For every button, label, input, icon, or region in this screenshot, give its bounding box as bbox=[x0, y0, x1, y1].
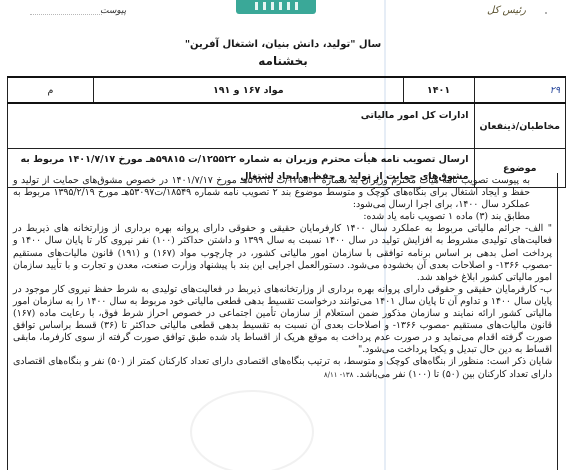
body-intro: به پیوست تصویب نامه هیأت محترم وزیران به… bbox=[13, 175, 552, 211]
addressee-label: مخاطبان/ذینفعان bbox=[474, 103, 565, 149]
watermark-seal-icon bbox=[190, 390, 314, 470]
meta-row-addressee: مخاطبان/ذینفعان ادارات کل امور مالیاتی bbox=[8, 103, 566, 149]
document-title: بخشنامه bbox=[0, 54, 566, 68]
attachment-label: پیوست bbox=[100, 6, 126, 16]
circular-number: ۲۹ bbox=[474, 77, 565, 103]
letterhead: پیوست رئیس کل bbox=[0, 0, 566, 38]
related-articles: مواد ۱۶۷ و ۱۹۱ bbox=[94, 77, 404, 103]
circular-document: پیوست رئیس کل سال "تولید، دانش بنیان، اش… bbox=[0, 0, 566, 470]
head-signature-label: رئیس کل bbox=[487, 5, 526, 16]
attachment-line bbox=[30, 14, 102, 15]
addressee-value: ادارات کل امور مالیاتی bbox=[8, 103, 475, 149]
clause-b: ب- کارفرمایان حقیقی و حقوقی دارای پروانه… bbox=[13, 284, 552, 357]
dot-mark bbox=[545, 12, 547, 14]
handwritten-reference: ۱۳۸- ۸/۱۱ bbox=[324, 371, 354, 379]
note-text: شایان ذکر است: منظور از بنگاه‌های کوچک و… bbox=[13, 356, 552, 379]
organization-logo-icon bbox=[236, 0, 316, 14]
circular-meta-table: ۲۹ ۱۴۰۱ مواد ۱۶۷ و ۱۹۱ م مخاطبان/ذینفعان… bbox=[7, 76, 566, 188]
year-slogan: سال "تولید، دانش بنیان، اشتغال آفرین" bbox=[0, 39, 566, 50]
meta-row-identifiers: ۲۹ ۱۴۰۱ مواد ۱۶۷ و ۱۹۱ م bbox=[8, 77, 566, 103]
body-note: شایان ذکر است: منظور از بنگاه‌های کوچک و… bbox=[13, 356, 552, 380]
body-reference: مطابق بند (۳) ماده ۱ تصویب نامه یاد شده: bbox=[13, 211, 552, 223]
circular-year: ۱۴۰۱ bbox=[403, 77, 474, 103]
category-code: م bbox=[8, 77, 94, 103]
clause-a: " الف- جرائم مالیاتی مربوط به عملکرد سال… bbox=[13, 223, 552, 283]
